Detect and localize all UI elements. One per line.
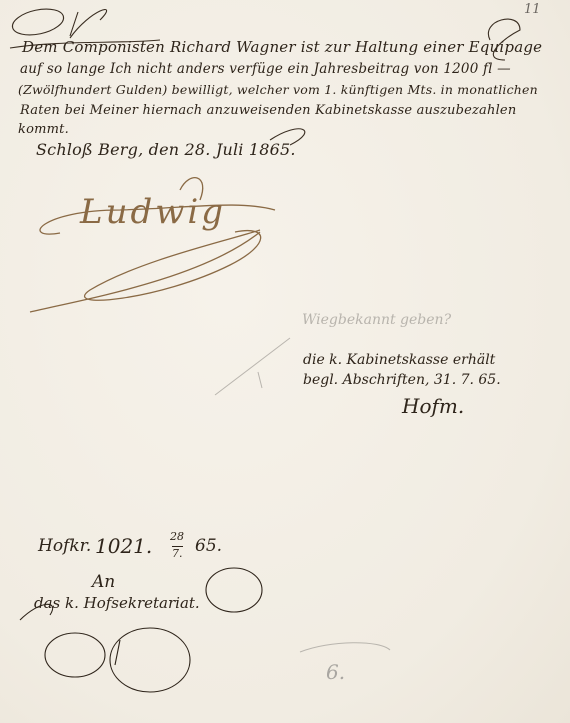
pencil-page-mark: 6. (326, 660, 345, 684)
registry-label: Hofkr. (38, 536, 91, 556)
side-note-line-2: begl. Abschriften, 31. 7. 65. (303, 372, 501, 388)
body-line-1: Dem Componisten Richard Wagner ist zur H… (22, 38, 542, 56)
body-line-3: (Zwölfhundert Gulden) bewilligt, welcher… (18, 82, 538, 97)
address-to: An (92, 572, 115, 592)
side-note-line-1: die k. Kabinetskasse erhält (303, 352, 495, 368)
body-line-5: kommt. (18, 122, 69, 137)
signature: Ludwig (80, 192, 226, 232)
page-number: 11 (524, 2, 541, 17)
registry-year: 65. (195, 536, 222, 556)
registry-number: 1021. (95, 534, 152, 558)
pencil-note: Wiegbekannt geben? (302, 312, 451, 328)
registry-date-bottom: 7. (172, 546, 183, 560)
body-line-2: auf so lange Ich nicht anders verfüge ei… (20, 61, 511, 77)
body-line-4: Raten bei Meiner hiernach anzuweisenden … (20, 103, 516, 118)
address-recipient: das k. Hofsekretariat. (34, 594, 200, 612)
registry-date-top: 28 (170, 530, 184, 543)
place-date: Schloß Berg, den 28. Juli 1865. (36, 140, 296, 159)
side-note-initials: Hofm. (402, 394, 464, 418)
